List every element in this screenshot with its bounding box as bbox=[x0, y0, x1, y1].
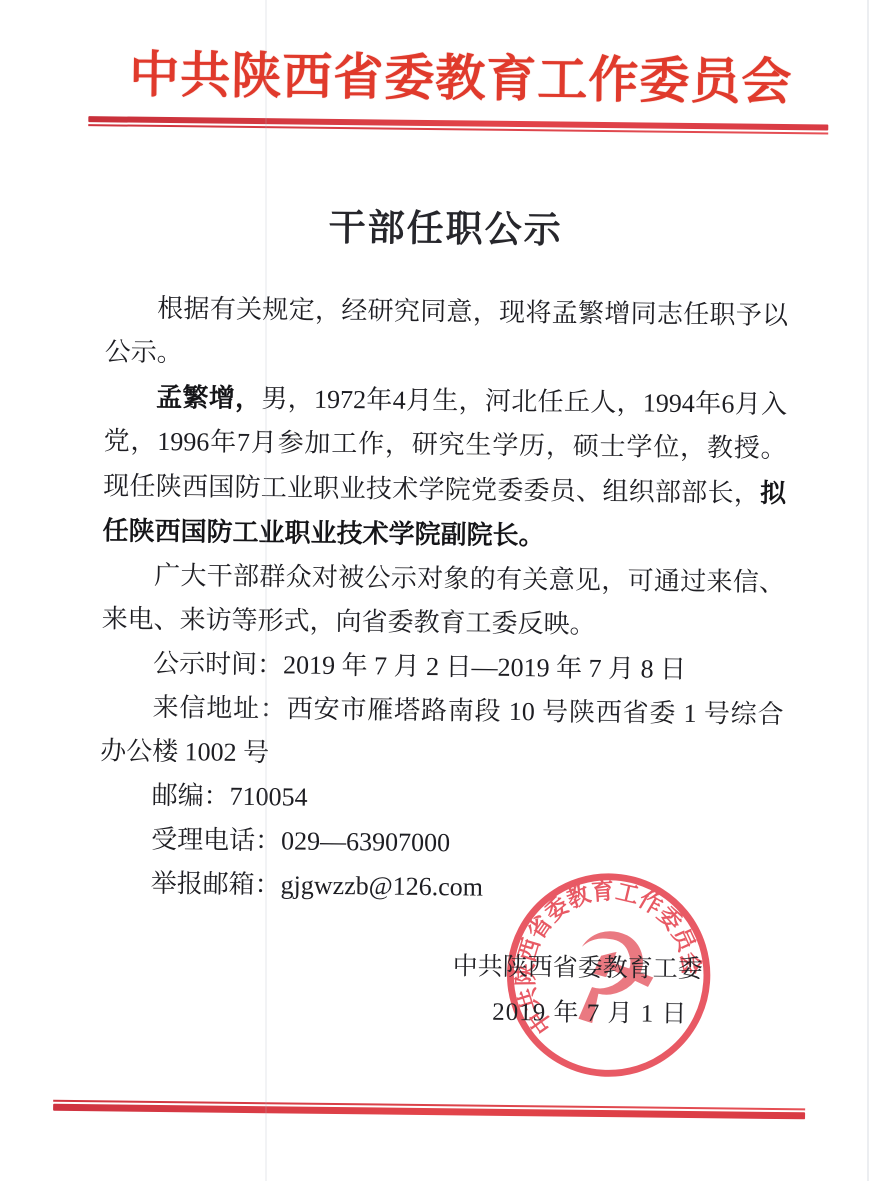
paragraph-feedback: 广大干部群众对被公示对象的有关意见，可通过来信、来电、来访等形式，向省委教育工委… bbox=[101, 553, 785, 649]
line-mailing-address: 来信地址：西安市雁塔路南段 10 号陕西省委 1 号综合办公楼 1002 号 bbox=[100, 685, 784, 781]
signature-block: 中共陕西省委教育工委 2019 年 7 月 1 日 bbox=[452, 944, 703, 1037]
signature-date: 2019 年 7 月 1 日 bbox=[452, 989, 703, 1037]
line-phone: 受理电话：029—63907000 bbox=[99, 817, 782, 869]
letterhead-double-rule bbox=[88, 116, 828, 134]
paragraph-intro: 根据有关规定，经研究同意，现将孟繁增同志任职予以公示。 bbox=[104, 286, 788, 382]
paragraph-bio: 孟繁增，男，1972年4月生，河北任丘人，1994年6月入党，1996年7月参加… bbox=[102, 374, 787, 561]
line-publicity-period: 公示时间：2019 年 7 月 2 日—2019 年 7 月 8 日 bbox=[101, 641, 784, 693]
signature-org: 中共陕西省委教育工委 bbox=[452, 944, 703, 992]
bold-candidate-name: 孟繁增， bbox=[156, 382, 262, 413]
document-page: 中共陕西省委教育工作委员会 干部任职公示 根据有关规定，经研究同意，现将孟繁增同… bbox=[0, 0, 893, 1181]
letterhead-org-name: 中共陕西省委教育工作委员会 bbox=[70, 34, 851, 115]
document-body: 根据有关规定，经研究同意，现将孟繁增同志任职予以公示。 孟繁增，男，1972年4… bbox=[98, 286, 788, 913]
document-title: 干部任职公示 bbox=[0, 193, 892, 257]
line-report-email: 举报邮箱：gjgwzzb@126.com bbox=[98, 861, 781, 913]
line-postal-code: 邮编：710054 bbox=[99, 773, 782, 825]
scanned-content: 中共陕西省委教育工作委员会 干部任职公示 根据有关规定，经研究同意，现将孟繁增同… bbox=[0, 0, 893, 1181]
footer-double-rule bbox=[53, 1100, 805, 1120]
